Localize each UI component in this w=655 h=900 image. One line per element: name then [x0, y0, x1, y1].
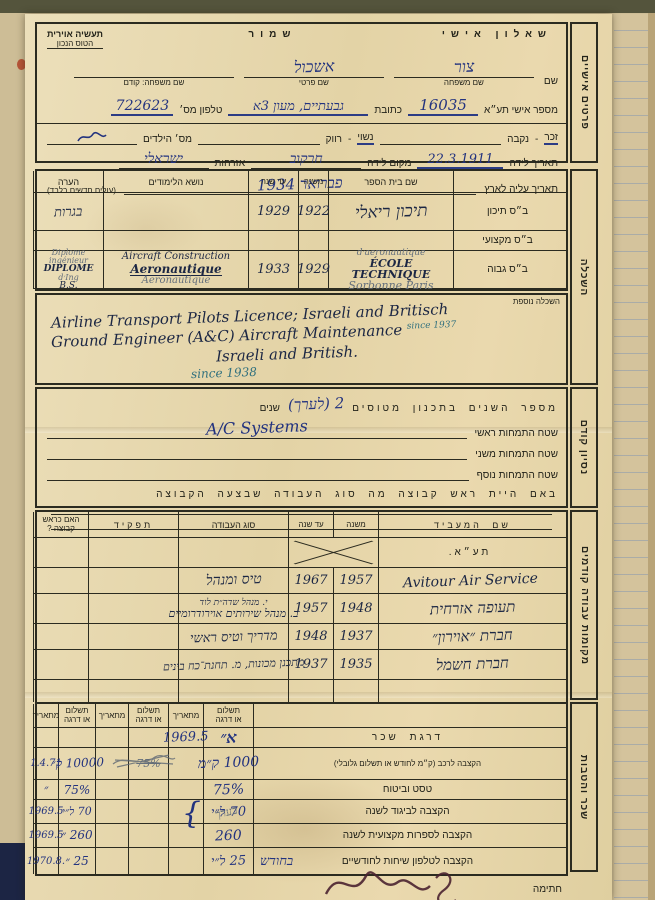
emp-header-role: תפקיד: [88, 512, 178, 538]
birth-place-label: מקום לידה: [367, 158, 411, 169]
secondary-specialty-label: שטח התמחות משני: [475, 449, 558, 460]
sal-literature-value3: 260 ״: [58, 824, 95, 848]
edu-header-to: עד שנה: [248, 171, 298, 193]
empty-cell: [128, 780, 168, 800]
sal-header-date2: מתאריך: [95, 704, 128, 728]
empty-cell: [88, 594, 178, 624]
emp-header-from: משנה: [333, 512, 378, 538]
sal-test-value3: 75%: [58, 780, 95, 800]
emp-work: טיס ומנהל: [178, 568, 288, 594]
children-field: [47, 130, 137, 145]
marital-line: [198, 132, 320, 145]
org-subtitle: הטוס הנכון: [47, 39, 103, 49]
per-month-note: בחודש: [260, 853, 293, 869]
empty-cell: [33, 680, 88, 702]
edu-header-school: שם בית הספר: [328, 171, 453, 193]
birth-place-value: חרקוב: [251, 151, 361, 169]
empty-cell: [333, 680, 378, 702]
section-label-personal: פרטים אישיים: [570, 22, 598, 163]
sep: -: [348, 134, 351, 145]
org-name: תעשיה אוירית: [47, 29, 103, 39]
emp-years-x-cell: [288, 538, 378, 568]
emp-to: 1948: [288, 624, 333, 650]
extra-education-line3: Israeli and British.: [216, 343, 358, 366]
emp-from: 1937: [333, 624, 378, 650]
empty-cell: [248, 231, 298, 251]
sal-row-label: הקצבה לספרות מקצועית לשנה: [253, 824, 566, 848]
salary-table: תשלוםאו דרגה מתאריך תשלוםאו דרגה מתאריך …: [35, 702, 568, 876]
sal-row-label: הקצבה לרכב (ק״מ לחודש או תשלום גלובלי): [253, 748, 566, 780]
empty-cell: [178, 538, 288, 568]
emp-header-group: האם כראש קבוצה ?: [33, 512, 88, 538]
empty-cell: [33, 728, 58, 748]
extra-education-line4: since 1938: [191, 365, 257, 381]
empty-cell: [33, 624, 88, 650]
empty-cell: [168, 848, 203, 874]
emp-to: 1967: [288, 568, 333, 594]
address-value: גבעתיים, מעון 3א: [228, 98, 368, 116]
firstname-handwriting: אשכול: [293, 56, 334, 77]
sal-grade-value: א״: [203, 728, 253, 748]
group-leader-question: באם היית ראש קבוצה מה סוג העבודה שבצעה ה…: [156, 489, 558, 500]
sal-row-label: טסט וביטוח: [253, 780, 566, 800]
sal-literature-value1: 260: [203, 824, 253, 848]
since-1937-note: since 1937: [407, 320, 457, 332]
sal-header-pay1: תשלוםאו דרגה: [203, 704, 253, 728]
empty-cell: [378, 680, 566, 702]
id-label: מספר אישי תע״א: [484, 105, 558, 116]
sal-clothing-value3: 70 ל״י: [58, 800, 95, 824]
edu-from: 1922: [298, 193, 328, 231]
sep: -: [535, 134, 538, 145]
emp-from: 1957: [333, 568, 378, 594]
emp-header-employer: שם המעביד: [378, 512, 566, 538]
classification-stamp: שמור: [248, 29, 296, 40]
emp-header-to: עד שנה: [288, 512, 333, 538]
edu-note-higher: Diplome ingénieur DIPLOME d׳Ing B.S.: [33, 251, 103, 289]
name-label: שם: [544, 76, 558, 87]
edu-header-from: משנה: [298, 171, 328, 193]
address-label: כתובת: [374, 105, 402, 116]
empty-cell: [128, 848, 168, 874]
marital-single: רווק: [326, 134, 342, 145]
empty-cell: [33, 538, 88, 568]
empty-cell: [178, 680, 288, 702]
section-label-education: השכלה: [570, 169, 598, 385]
signature-scribble: [318, 864, 478, 900]
sal-clothing-brace: } בערך: [168, 800, 203, 824]
sal-row-label: דרגת שכר: [253, 728, 566, 748]
empty-cell: [95, 780, 128, 800]
edu-to: 1929: [248, 193, 298, 231]
empty-cell: [128, 824, 168, 848]
emp-employer: תעופה אזרחית: [378, 594, 566, 624]
additional-specialty-line: [47, 467, 469, 481]
emp-from: 1948: [333, 594, 378, 624]
edu-to: 1933: [248, 251, 298, 289]
emp-header-work: סוג העבודה: [178, 512, 288, 538]
sal-header-date1: מתאריך: [168, 704, 203, 728]
edu-corner-cell: [453, 171, 566, 193]
citizenship-label: אזרחות: [215, 158, 246, 169]
empty-cell: [298, 231, 328, 251]
sal-phone-date3: 1970.8.: [33, 848, 58, 874]
design-years-unit: שנים: [260, 403, 280, 414]
id-value: 16035: [408, 96, 478, 116]
main-specialty-value: A/C Systems: [206, 416, 308, 439]
empty-cell: [33, 650, 88, 680]
prev-surname-label: שם משפחה: קודם: [74, 78, 234, 87]
main-specialty-label: שטח התמחות ראשי: [475, 428, 559, 439]
edu-subject-higher: Aircraft Construction Aeronautique Aeron…: [103, 251, 248, 289]
empty-cell: [33, 594, 88, 624]
sal-test-value1: 75%: [203, 780, 253, 800]
birth-date-value: 22.3.1911: [417, 152, 503, 169]
employment-table: שם המעביד משנה עד שנה סוג העבודה תפקיד ה…: [35, 510, 568, 704]
empty-cell: [58, 728, 95, 748]
emp-work-two-lines: י. מנהל שדה״ת לוד ב. מנהל שירותים אוירוד…: [178, 594, 288, 624]
section-label-salary: שכר והטבות: [570, 702, 598, 872]
section-label-experience: נסיון קודם: [570, 387, 598, 508]
sal-row-label: הקצבה לביגוד לשנה: [253, 800, 566, 824]
sal-car-date3: 1.4.71: [33, 748, 58, 780]
empty-cell: [95, 848, 128, 874]
form-title: שאלון אישי: [442, 29, 552, 40]
empty-cell: [288, 680, 333, 702]
form-sheet: שאלון אישי שמור תעשיה אוירית הטוס הנכון …: [25, 14, 612, 900]
education-table: שם בית הספר משנה עד שנה נושא הלימודים הע…: [35, 169, 568, 291]
education-box: שם בית הספר משנה עד שנה נושא הלימודים הע…: [35, 169, 568, 291]
empty-cell: [168, 824, 203, 848]
edu-school-higher: d׳aeronautique ÉCOLE TECHNIQUE Sorbonne …: [328, 251, 453, 289]
extra-education-label: השכלה נוספת: [513, 297, 560, 306]
children-scribble: [75, 130, 109, 144]
empty-cell: [88, 624, 178, 650]
empty-cell: [128, 800, 168, 824]
edu-header-subject: נושא הלימודים: [103, 171, 248, 193]
phone-label: טלפון מס׳: [179, 105, 222, 116]
marital-married: נשוי: [357, 132, 373, 145]
empty-cell: [88, 538, 178, 568]
empty-cell: [88, 680, 178, 702]
design-years-label: מספר השנים בתכנון מטוסים: [352, 403, 558, 414]
birth-date-label: תאריך לידה: [509, 158, 558, 169]
edu-note-hw: בגרות: [33, 193, 103, 231]
emp-employer: חברת חשמל: [378, 650, 566, 680]
edu-row-label: ב״ס תיכון: [453, 193, 566, 231]
sal-header-pay3: תשלוםאו דרגה: [58, 704, 95, 728]
sal-car-value3: 10000 ק״: [58, 748, 95, 780]
edu-row-label: ב״ס גבוה: [453, 251, 566, 289]
empty-cell: [33, 568, 88, 594]
prev-surname-field: [74, 62, 234, 78]
emp-employer: חברת ״אוירון״: [378, 624, 566, 650]
experience-box: מספר השנים בתכנון מטוסים 2 (לערך) שנים ש…: [35, 387, 568, 508]
emp-work: מדריך וטיס ראשי: [178, 624, 288, 650]
salary-corner-cell: [253, 704, 566, 728]
children-label: מס׳ הילדים: [143, 134, 192, 145]
signature-label: חתימה: [533, 884, 562, 895]
emp-employer-iai: תע״א.: [378, 538, 566, 568]
empty-cell: [95, 824, 128, 848]
emp-work: מתכנן מכונות, מ. תחנת־כח בינים: [178, 650, 288, 680]
emp-employer: Avitour Air Service: [378, 568, 566, 594]
emp-from: 1935: [333, 650, 378, 680]
phone-value: 722623: [111, 98, 173, 116]
secondary-specialty-line: [47, 446, 467, 460]
firstname-field: אשכול: [244, 57, 384, 78]
scan-backing-top: [0, 0, 655, 13]
surname-field: צור: [394, 57, 534, 78]
personal-details-box: שאלון אישי שמור תעשיה אוירית הטוס הנכון …: [35, 22, 568, 163]
edu-subject-empty: [103, 193, 248, 231]
sal-header-date3: מתאריך: [33, 704, 58, 728]
surname-label: שם משפחה: [394, 78, 534, 87]
additional-specialty-label: שטח התמחות נוסף: [477, 470, 558, 481]
empty-cell: [88, 568, 178, 594]
sal-phone-value1: 25 ל״י: [203, 848, 253, 874]
scanned-questionnaire-page: שאלון אישי שמור תעשיה אוירית הטוס הנכון …: [0, 0, 655, 900]
sal-test-date3: ״: [33, 780, 58, 800]
sal-car-value1: 1000 ק״מ: [203, 748, 253, 780]
sal-grade-date: 1969.5: [168, 728, 203, 748]
empty-cell: [103, 231, 248, 251]
sal-literature-date3: 1969.5: [33, 824, 58, 848]
citizenship-value: ישראלי: [119, 151, 209, 169]
gender-line: [380, 132, 502, 145]
empty-cell: [95, 728, 128, 748]
edu-header-note: הערה: [33, 171, 103, 193]
section-label-employment: מקומות עבודה קודמים: [570, 510, 598, 700]
firstname-label: שם פרטי: [244, 78, 384, 87]
gender-male: זכר: [544, 132, 558, 145]
edu-row-label: ב״ס מקצועי: [453, 231, 566, 251]
empty-cell: [95, 800, 128, 824]
edu-school-hw: תיכון ריאלי: [328, 193, 453, 231]
sal-clothing-date3: 1969.5: [33, 800, 58, 824]
x-mark: [291, 540, 376, 565]
sal-header-pay2: תשלוםאו דרגה: [128, 704, 168, 728]
extra-education-box: השכלה נוספת Airline Transport Pilots Lic…: [35, 293, 568, 385]
scan-backing-edge: [648, 13, 655, 900]
surname-handwriting: צור: [453, 57, 474, 78]
sal-car-crossed: 75%: [128, 748, 168, 780]
design-years-value: 2 (לערך): [288, 395, 344, 414]
gender-female: נקבה: [507, 134, 529, 145]
edu-from: 1929: [298, 251, 328, 289]
